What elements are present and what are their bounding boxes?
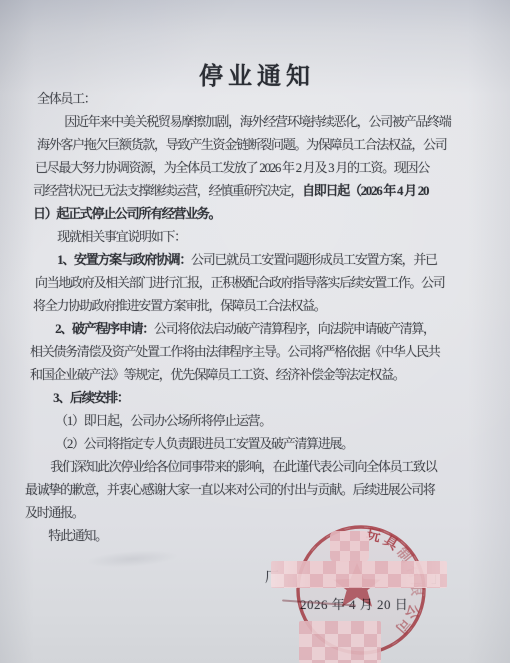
- page-title: 停业通知: [51, 56, 463, 91]
- document-text: 特此通知。: [48, 528, 107, 543]
- document-text: 现就相关事宜说明如下：: [57, 229, 186, 244]
- document-line: 现就相关事宜说明如下：: [37, 225, 449, 248]
- paper-smudge: [86, 548, 179, 570]
- document-line: 和国企业破产法》等规定，优先保障员工工资、经济补偿金等法定权益。: [30, 363, 449, 386]
- document-line: 日）起正式停止公司所有经营业务。: [33, 202, 449, 225]
- document-text-bold: 1、安置方案与政府协调：: [57, 252, 191, 267]
- document-text: 向当地政府及相关部门进行汇报，正积极配合政府指导落实后续安置工作。公司: [35, 275, 445, 290]
- document-text: 因近年来中美关税贸易摩擦加剧，海外经营环境持续恶化，公司被产品终端: [64, 114, 450, 129]
- redaction-block-company-name: [271, 561, 447, 588]
- document-text: （2）公司将指定专人负责跟进员工安置及破产清算进展。: [55, 436, 353, 451]
- redaction-block-top: [330, 531, 369, 562]
- document-text: 及时通报。: [25, 505, 84, 520]
- document-line: 2、破产程序申请：公司将依法启动破产清算程序，向法院申请破产清算，: [35, 317, 449, 340]
- document-text: 司经营状况已无法支撑继续运营，经慎重研究决定，: [33, 183, 302, 198]
- document-text: 公司已就员工安置问题形成员工安置方案，并已: [191, 252, 437, 267]
- redaction-block-bottom: [299, 621, 381, 663]
- document-text: 公司将依法启动破产清算程序，向法院申请破产清算，: [154, 321, 435, 336]
- document-text: 和国企业破产法》等规定，优先保障员工工资、经济补偿金等法定权益。: [30, 367, 404, 382]
- document-text-bold: 日）起正式停止公司所有经营业务。: [33, 206, 220, 221]
- document-line: 已尽最大努力协调资源，为全体员工发放了 2026 年 2 月及 3 月的工资。现…: [35, 156, 449, 179]
- document-text: 相关债务清偿及资产处置工作将由法律程序主导。公司将严格依据《中华人民共: [30, 344, 440, 359]
- document-line: 3、后续安排：: [33, 386, 449, 409]
- document-line: 相关债务清偿及资产处置工作将由法律程序主导。公司将严格依据《中华人民共: [30, 340, 449, 363]
- document-line: （2）公司将指定专人负责跟进员工安置及破产清算进展。: [35, 432, 449, 455]
- document-line: 司经营状况已无法支撑继续运营，经慎重研究决定，自即日起（2026 年 4 月 2…: [33, 179, 449, 202]
- document-line: 因近年来中美关税贸易摩擦加剧，海外经营环境持续恶化，公司被产品终端: [37, 110, 449, 133]
- document-text: 海外客户拖欠巨额货款，导致产生资金链断裂问题。为保障员工合法权益，公司: [37, 137, 447, 152]
- document-text-bold: 3、后续安排：: [53, 390, 128, 405]
- document-text: 将全力协助政府推进安置方案审批，保障员工合法权益。: [33, 298, 326, 313]
- document-line: 向当地政府及相关部门进行汇报，正积极配合政府指导落实后续安置工作。公司: [35, 271, 449, 294]
- document-text: （1）即日起，公司办公场所将停止运营。: [55, 413, 271, 428]
- document-line: （1）即日起，公司办公场所将停止运营。: [35, 409, 449, 432]
- document-text-bold: 2、破产程序申请：: [55, 321, 154, 336]
- document-line: 将全力协助政府推进安置方案审批，保障员工合法权益。: [33, 294, 449, 317]
- document-body: 全体员工：因近年来中美关税贸易摩擦加剧，海外经营环境持续恶化，公司被产品终端海外…: [37, 87, 449, 547]
- document-line: 1、安置方案与政府协调：公司已就员工安置问题形成员工安置方案，并已: [37, 248, 449, 271]
- document-line: 我们深知此次停业给各位同事带来的影响，在此谨代表公司向全体员工致以: [23, 455, 449, 478]
- document-text: 全体员工：: [37, 91, 96, 106]
- document-line: 海外客户拖欠巨额货款，导致产生资金链断裂问题。为保障员工合法权益，公司: [37, 133, 449, 156]
- document-text: 已尽最大努力协调资源，为全体员工发放了 2026 年 2 月及 3 月的工资。现…: [35, 160, 429, 175]
- document-text: 我们深知此次停业给各位同事带来的影响，在此谨代表公司向全体员工致以: [50, 459, 436, 474]
- document-line: 全体员工：: [37, 87, 449, 110]
- document-photo: 停业通知 全体员工：因近年来中美关税贸易摩擦加剧，海外经营环境持续恶化，公司被产…: [0, 0, 510, 663]
- document-line: 最诚挚的歉意，并衷心感谢大家一直以来对公司的付出与贡献。后续进展公司将: [25, 478, 449, 501]
- document-text: 最诚挚的歉意，并衷心感谢大家一直以来对公司的付出与贡献。后续进展公司将: [25, 482, 435, 497]
- document-text-bold: 自即日起（2026 年 4 月 20: [302, 183, 428, 198]
